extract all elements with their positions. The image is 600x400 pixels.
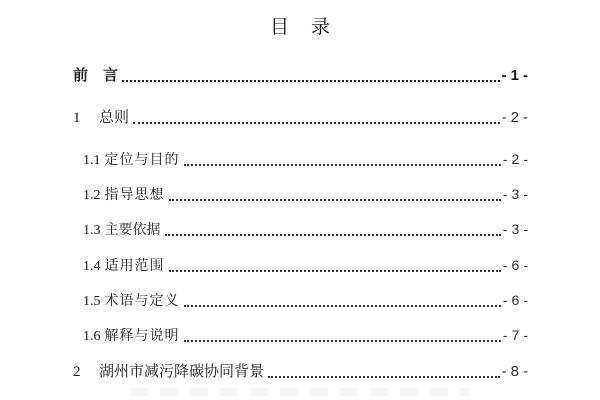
toc-entry-1-5[interactable]: 1.5术语与定义 -6- [83, 290, 528, 310]
dot-leader [122, 80, 500, 82]
toc-entry-number: 2 [73, 364, 99, 381]
toc-entry-preface[interactable]: 前 言 -1- [73, 64, 528, 85]
dot-leader [169, 270, 501, 272]
dot-leader [169, 199, 501, 201]
toc-entry-chapter-2[interactable]: 2湖州市减污降碳协同背景 -8- [73, 360, 528, 381]
toc-page-number: -6- [501, 257, 528, 273]
toc-page-number: -1- [500, 67, 528, 84]
toc-entry-1-1[interactable]: 1.1定位与目的 -2- [83, 149, 528, 169]
toc-entry-text: 定位与目的 [105, 152, 180, 168]
toc-entry-number: 1.3 [83, 223, 105, 238]
toc-entry-label: 1总则 [73, 106, 133, 127]
dot-leader [184, 305, 501, 307]
dot-leader [165, 234, 501, 236]
toc-page-number: -2- [500, 109, 528, 126]
toc-page-number: -3- [501, 186, 528, 202]
toc-entry-text: 术语与定义 [105, 293, 180, 309]
toc-entry-1-4[interactable]: 1.4适用范围 -6- [83, 255, 528, 275]
toc-page-number: -7- [501, 327, 528, 343]
dot-leader [133, 122, 500, 124]
toc-entry-label: 1.2指导思想 [83, 184, 169, 204]
toc-title: 目录 [0, 12, 600, 39]
toc-page-number: -3- [501, 221, 528, 237]
toc-entry-label: 1.6解释与说明 [83, 325, 184, 345]
dot-leader [184, 164, 501, 166]
toc-entry-text: 主要依据 [105, 222, 161, 238]
toc-entry-label: 1.1定位与目的 [83, 149, 184, 169]
toc-entry-label: 前 言 [73, 64, 122, 85]
toc-page-number: -8- [500, 363, 528, 380]
toc-entry-label: 1.4适用范围 [83, 255, 169, 275]
cut-off-toc-entry [130, 388, 470, 396]
toc-entry-label: 2湖州市减污降碳协同背景 [73, 360, 268, 381]
toc-entry-text: 总则 [99, 108, 129, 126]
toc-entry-text: 解释与说明 [105, 328, 180, 344]
toc-entry-label: 1.3主要依据 [83, 219, 165, 239]
toc-entry-chapter-1[interactable]: 1总则 -2- [73, 106, 528, 127]
toc-entry-text: 指导思想 [105, 187, 165, 203]
toc-entry-number: 1.1 [83, 153, 105, 168]
toc-entry-number: 1 [73, 110, 99, 127]
toc-entry-text: 湖州市减污降碳协同背景 [99, 362, 264, 380]
toc-entry-number: 1.4 [83, 259, 105, 274]
toc-page-number: -6- [501, 292, 528, 308]
toc-entry-1-2[interactable]: 1.2指导思想 -3- [83, 184, 528, 204]
toc-entry-number: 1.5 [83, 294, 105, 309]
toc-entry-text: 前 言 [73, 66, 118, 84]
dot-leader [184, 340, 501, 342]
toc-page-number: -2- [501, 151, 528, 167]
toc-entry-1-3[interactable]: 1.3主要依据 -3- [83, 219, 528, 239]
dot-leader [268, 376, 500, 378]
toc-entry-number: 1.6 [83, 329, 105, 344]
toc-entry-number: 1.2 [83, 188, 105, 203]
toc-entry-1-6[interactable]: 1.6解释与说明 -7- [83, 325, 528, 345]
toc-entry-text: 适用范围 [105, 258, 165, 274]
toc-entry-label: 1.5术语与定义 [83, 290, 184, 310]
